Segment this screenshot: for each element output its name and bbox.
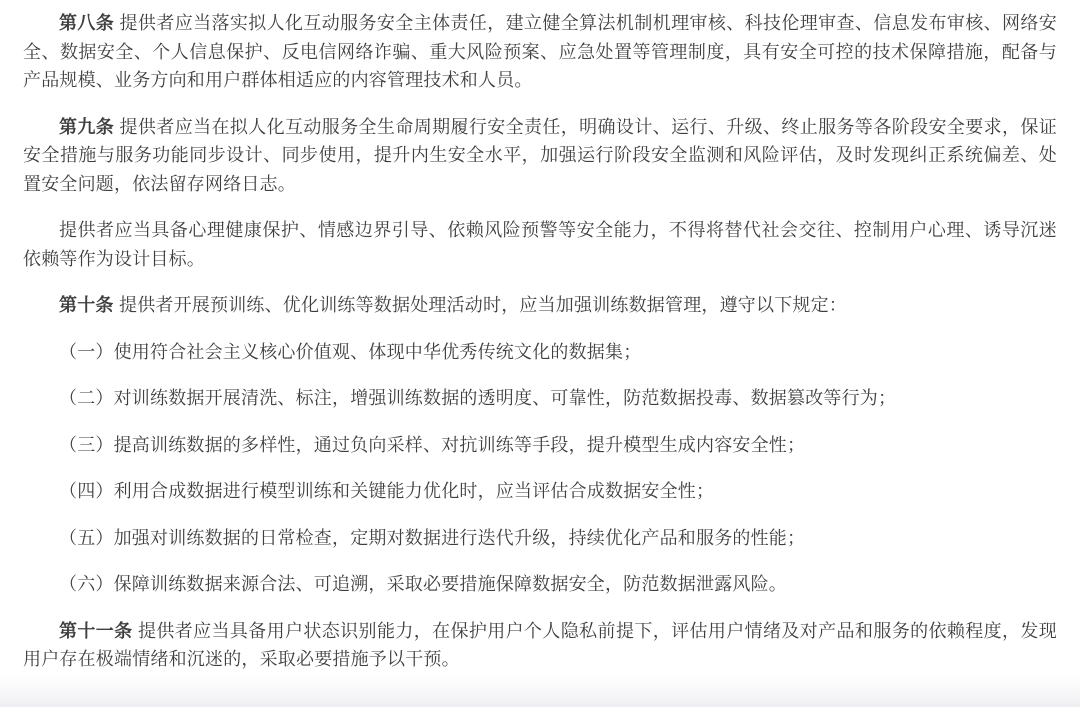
- paragraph-text: 提供者应当在拟人化互动服务全生命周期履行安全责任，明确设计、运行、升级、终止服务…: [23, 117, 1057, 194]
- list-item-3: （三）提高训练数据的多样性，通过负向采样、对抗训练等手段，提升模型生成内容安全性…: [23, 431, 1057, 460]
- article-number: 第十条: [59, 295, 114, 315]
- article-body: 第八条提供者应当落实拟人化互动服务安全主体责任，建立健全算法机制机理审核、科技伦…: [0, 0, 1080, 674]
- paragraph-text: 提供者开展预训练、优化训练等数据处理活动时，应当加强训练数据管理，遵守以下规定：: [119, 295, 847, 315]
- paragraph-text: （三）提高训练数据的多样性，通过负向采样、对抗训练等手段，提升模型生成内容安全性…: [59, 435, 805, 455]
- paragraph-text: 提供者应当具备用户状态识别能力，在保护用户个人隐私前提下，评估用户情绪及对产品和…: [23, 621, 1057, 670]
- bottom-fade-edge: [0, 673, 1080, 707]
- paragraph-text: （二）对训练数据开展清洗、标注，增强训练数据的透明度、可靠性，防范数据投毒、数据…: [59, 388, 896, 408]
- article-number: 第十一条: [59, 621, 133, 641]
- article-paragraph-9: 第九条提供者应当在拟人化互动服务全生命周期履行安全责任，明确设计、运行、升级、终…: [23, 113, 1057, 199]
- article-paragraph-11: 第十一条提供者应当具备用户状态识别能力，在保护用户个人隐私前提下，评估用户情绪及…: [23, 617, 1057, 674]
- paragraph-text: 提供者应当具备心理健康保护、情感边界引导、依赖风险预警等安全能力，不得将替代社会…: [23, 220, 1057, 269]
- article-number: 第九条: [59, 117, 114, 137]
- list-item-6: （六）保障训练数据来源合法、可追溯，采取必要措施保障数据安全，防范数据泄露风险。: [23, 570, 1057, 599]
- article-paragraph-10: 第十条提供者开展预训练、优化训练等数据处理活动时，应当加强训练数据管理，遵守以下…: [23, 291, 1057, 320]
- paragraph-text: （一）使用符合社会主义核心价值观、体现中华优秀传统文化的数据集；: [59, 342, 641, 362]
- paragraph-text: （六）保障训练数据来源合法、可追溯，采取必要措施保障数据安全，防范数据泄露风险。: [59, 574, 787, 594]
- list-item-4: （四）利用合成数据进行模型训练和关键能力优化时，应当评估合成数据安全性；: [23, 477, 1057, 506]
- article-number: 第八条: [59, 13, 114, 33]
- paragraph-text: （四）利用合成数据进行模型训练和关键能力优化时，应当评估合成数据安全性；: [59, 481, 714, 501]
- paragraph-text: 提供者应当落实拟人化互动服务安全主体责任，建立健全算法机制机理审核、科技伦理审查…: [23, 13, 1057, 90]
- list-item-5: （五）加强对训练数据的日常检查，定期对数据进行迭代升级，持续优化产品和服务的性能…: [23, 524, 1057, 553]
- paragraph-text: （五）加强对训练数据的日常检查，定期对数据进行迭代升级，持续优化产品和服务的性能…: [59, 528, 805, 548]
- article-paragraph-9-clause: 提供者应当具备心理健康保护、情感边界引导、依赖风险预警等安全能力，不得将替代社会…: [23, 216, 1057, 273]
- list-item-1: （一）使用符合社会主义核心价值观、体现中华优秀传统文化的数据集；: [23, 338, 1057, 367]
- list-item-2: （二）对训练数据开展清洗、标注，增强训练数据的透明度、可靠性，防范数据投毒、数据…: [23, 384, 1057, 413]
- article-paragraph-8: 第八条提供者应当落实拟人化互动服务安全主体责任，建立健全算法机制机理审核、科技伦…: [23, 9, 1057, 95]
